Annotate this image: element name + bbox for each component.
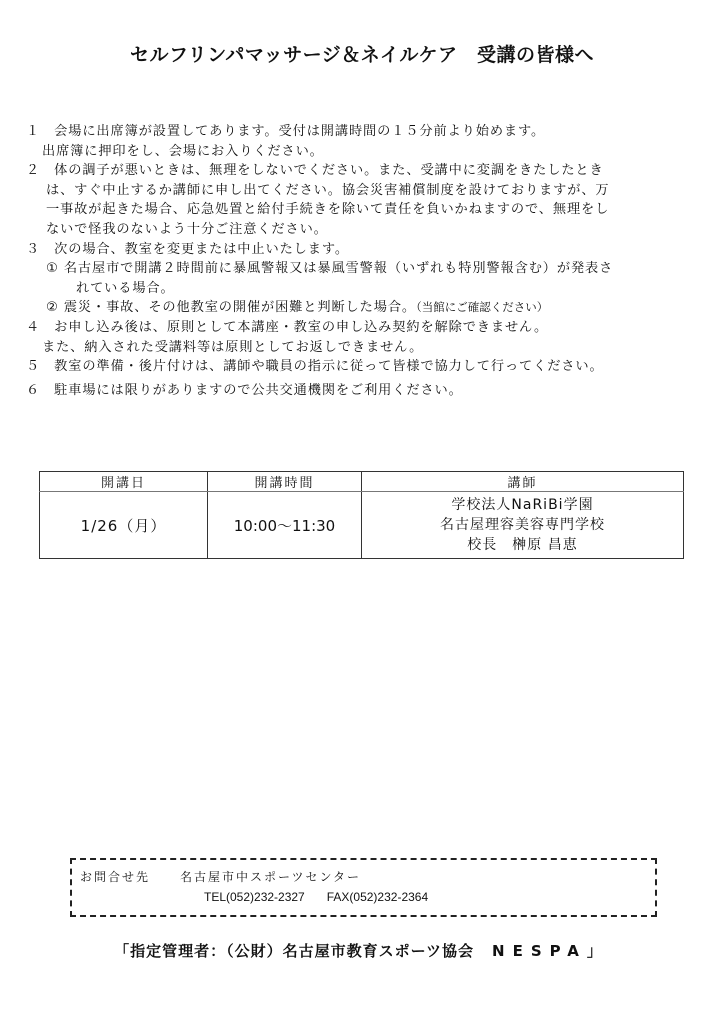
- note-line: 一事故が起きた場合、応急処置と給付手続きを除いて責任を負いかねますので、無理をし: [26, 200, 706, 220]
- cell-date: 1/26（月）: [40, 492, 208, 559]
- note-line: ６ 駐車場には限りがありますので公共交通機関をご利用ください。: [26, 381, 706, 401]
- teacher-line: 名古屋理容美容専門学校: [362, 515, 683, 535]
- note-line: ２ 体の調子が悪いときは、無理をしないでください。また、受講中に変調をきたしたと…: [26, 161, 706, 181]
- contact-label: お問合せ先: [80, 870, 150, 884]
- note-line: れている場合。: [26, 279, 706, 299]
- note-line: ３ 次の場合、教室を変更または中止いたします。: [26, 240, 706, 260]
- teacher-line: 学校法人NaRiBi学園: [362, 495, 683, 515]
- note-line: ① 名古屋市で開講２時間前に暴風警報又は暴風雪警報（いずれも特別警報含む）が発表…: [26, 259, 706, 279]
- header-teacher: 講師: [362, 472, 684, 492]
- notes-list: １ 会場に出席簿が設置してあります。受付は開講時間の１５分前より始めます。 出席…: [26, 122, 706, 400]
- footer-text: 「指定管理者：（公財）名古屋市教育スポーツ協会: [114, 942, 474, 960]
- note-small-text: （当館にご確認ください）: [416, 300, 548, 314]
- note-line: ② 震災・事故、その他教室の開催が困難と判断した場合。（当館にご確認ください）: [26, 298, 706, 318]
- note-line: 出席簿に押印をし、会場にお入りください。: [26, 142, 706, 162]
- footer-brand: NESPA」: [492, 942, 610, 960]
- table-row: 1/26（月） 10:00～11:30 学校法人NaRiBi学園 名古屋理容美容…: [40, 492, 684, 559]
- note-line: １ 会場に出席簿が設置してあります。受付は開講時間の１５分前より始めます。: [26, 122, 706, 142]
- table-header-row: 開講日 開講時間 講師: [40, 472, 684, 492]
- contact-tel: TEL(052)232-2327: [204, 890, 305, 904]
- note-line: ないで怪我のないよう十分ご注意ください。: [26, 220, 706, 240]
- cell-time: 10:00～11:30: [208, 492, 362, 559]
- contact-box: お問合せ先名古屋市中スポーツセンター TEL(052)232-2327FAX(0…: [70, 858, 657, 917]
- page-title: セルフリンパマッサージ＆ネイルケア 受講の皆様へ: [0, 40, 724, 67]
- note-line: は、すぐ中止するか講師に申し出てください。協会災害補償制度を設けておりますが、万: [26, 181, 706, 201]
- note-text: ② 震災・事故、その他教室の開催が困難と判断した場合。: [46, 300, 416, 315]
- contact-phone-row: TEL(052)232-2327FAX(052)232-2364: [204, 890, 428, 904]
- header-date: 開講日: [40, 472, 208, 492]
- note-line: ４ お申し込み後は、原則として本講座・教室の申し込み契約を解除できません。: [26, 318, 706, 338]
- note-line: また、納入された受講料等は原則としてお返しできません。: [26, 338, 706, 358]
- cell-teacher: 学校法人NaRiBi学園 名古屋理容美容専門学校 校長 榊原 昌恵: [362, 492, 684, 559]
- contact-org: 名古屋市中スポーツセンター: [180, 870, 361, 884]
- note-line: ５ 教室の準備・後片付けは、講師や職員の指示に従って皆様で協力して行ってください…: [26, 357, 706, 377]
- schedule-table: 開講日 開講時間 講師 1/26（月） 10:00～11:30 学校法人NaRi…: [39, 471, 684, 559]
- footer: 「指定管理者：（公財）名古屋市教育スポーツ協会NESPA」: [0, 940, 724, 961]
- header-time: 開講時間: [208, 472, 362, 492]
- teacher-line: 校長 榊原 昌恵: [362, 535, 683, 555]
- contact-row: お問合せ先名古屋市中スポーツセンター: [80, 868, 361, 885]
- contact-fax: FAX(052)232-2364: [327, 890, 428, 904]
